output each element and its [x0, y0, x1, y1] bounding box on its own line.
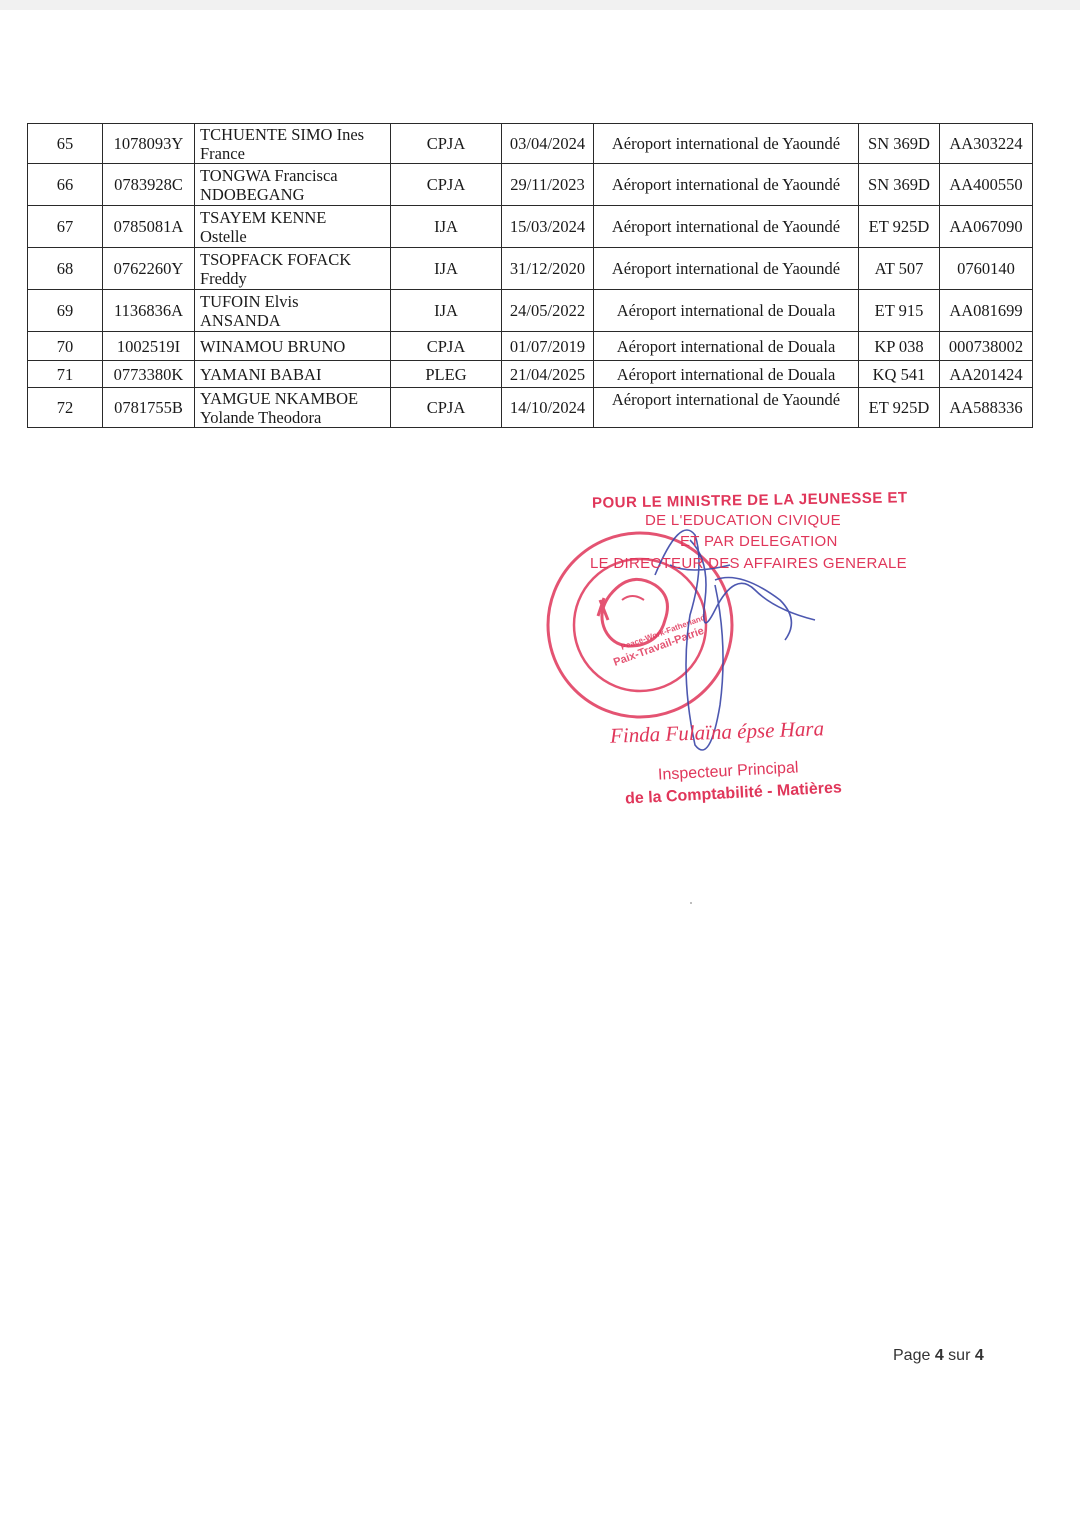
- name-cell: TONGWA FranciscaNDOBEGANG: [195, 164, 391, 206]
- grade-cell: CPJA: [391, 124, 502, 164]
- name-line-1: WINAMOU BRUNO: [200, 337, 385, 356]
- airport-cell: Aéroport international de Yaoundé: [594, 206, 859, 248]
- table-row: 670785081ATSAYEM KENNEOstelleIJA15/03/20…: [28, 206, 1033, 248]
- name-cell: TUFOIN ElvisANSANDA: [195, 290, 391, 332]
- name-line-2: Ostelle: [200, 227, 385, 246]
- date-cell: 03/04/2024: [502, 124, 594, 164]
- page-current: 4: [935, 1347, 944, 1364]
- table-row: 680762260YTSOPFACK FOFACKFreddyIJA31/12/…: [28, 248, 1033, 290]
- passport-cell: AA303224: [940, 124, 1033, 164]
- row-number: 70: [28, 332, 103, 361]
- date-cell: 14/10/2024: [502, 388, 594, 428]
- page-total: 4: [975, 1347, 984, 1364]
- name-line-2: NDOBEGANG: [200, 185, 385, 204]
- stamp-line-3: ET PAR DELEGATION: [680, 533, 838, 550]
- flight-cell: KQ 541: [859, 361, 940, 388]
- flight-cell: SN 369D: [859, 124, 940, 164]
- name-line-1: TONGWA Francisca: [200, 166, 385, 185]
- matricule-cell: 0785081A: [103, 206, 195, 248]
- date-cell: 01/07/2019: [502, 332, 594, 361]
- flight-cell: AT 507: [859, 248, 940, 290]
- flight-cell: ET 925D: [859, 388, 940, 428]
- name-line-1: YAMANI BABAI: [200, 365, 385, 384]
- matricule-cell: 1078093Y: [103, 124, 195, 164]
- row-number: 72: [28, 388, 103, 428]
- matricule-cell: 0762260Y: [103, 248, 195, 290]
- passport-list-table: 651078093YTCHUENTE SIMO InesFranceCPJA03…: [27, 123, 1033, 428]
- table-row: 660783928CTONGWA FranciscaNDOBEGANGCPJA2…: [28, 164, 1033, 206]
- airport-cell: Aéroport international de Yaoundé: [594, 124, 859, 164]
- row-number: 71: [28, 361, 103, 388]
- row-number: 66: [28, 164, 103, 206]
- name-line-2: France: [200, 144, 385, 163]
- date-cell: 24/05/2022: [502, 290, 594, 332]
- passport-cell: 000738002: [940, 332, 1033, 361]
- matricule-cell: 1136836A: [103, 290, 195, 332]
- name-line-1: TUFOIN Elvis: [200, 292, 385, 311]
- name-cell: YAMANI BABAI: [195, 361, 391, 388]
- date-cell: 31/12/2020: [502, 248, 594, 290]
- row-number: 65: [28, 124, 103, 164]
- official-stamp: Paix-Travail-Patrie Peace-Work-Fatherlan…: [540, 480, 900, 840]
- grade-cell: CPJA: [391, 164, 502, 206]
- grade-cell: CPJA: [391, 388, 502, 428]
- table-row: 720781755BYAMGUE NKAMBOEYolande Theodora…: [28, 388, 1033, 428]
- table-row: 691136836ATUFOIN ElvisANSANDAIJA24/05/20…: [28, 290, 1033, 332]
- passport-cell: AA081699: [940, 290, 1033, 332]
- table-row: 710773380KYAMANI BABAIPLEG21/04/2025Aéro…: [28, 361, 1033, 388]
- row-number: 69: [28, 290, 103, 332]
- matricule-cell: 0783928C: [103, 164, 195, 206]
- airport-cell: Aéroport international de Yaoundé: [594, 248, 859, 290]
- grade-cell: CPJA: [391, 332, 502, 361]
- name-cell: TSAYEM KENNEOstelle: [195, 206, 391, 248]
- row-number: 67: [28, 206, 103, 248]
- passport-cell: AA588336: [940, 388, 1033, 428]
- airport-cell: Aéroport international de Douala: [594, 332, 859, 361]
- row-number: 68: [28, 248, 103, 290]
- grade-cell: PLEG: [391, 361, 502, 388]
- date-cell: 15/03/2024: [502, 206, 594, 248]
- name-line-2: Yolande Theodora: [200, 408, 385, 427]
- page-prefix: Page: [893, 1347, 935, 1364]
- name-line-1: TSAYEM KENNE: [200, 208, 385, 227]
- matricule-cell: 0773380K: [103, 361, 195, 388]
- flight-cell: ET 925D: [859, 206, 940, 248]
- name-line-1: TCHUENTE SIMO Ines: [200, 125, 385, 144]
- name-cell: WINAMOU BRUNO: [195, 332, 391, 361]
- page-mid: sur: [944, 1347, 975, 1364]
- name-cell: TCHUENTE SIMO InesFrance: [195, 124, 391, 164]
- date-cell: 29/11/2023: [502, 164, 594, 206]
- name-line-2: Freddy: [200, 269, 385, 288]
- airport-cell: Aéroport international de Yaoundé: [594, 388, 859, 428]
- airport-cell: Aéroport international de Yaoundé: [594, 164, 859, 206]
- name-line-1: TSOPFACK FOFACK: [200, 250, 385, 269]
- passport-cell: AA201424: [940, 361, 1033, 388]
- name-cell: YAMGUE NKAMBOEYolande Theodora: [195, 388, 391, 428]
- date-cell: 21/04/2025: [502, 361, 594, 388]
- airport-cell: Aéroport international de Douala: [594, 290, 859, 332]
- stamp-line-2: DE L'EDUCATION CIVIQUE: [645, 512, 841, 529]
- table-row: 651078093YTCHUENTE SIMO InesFranceCPJA03…: [28, 124, 1033, 164]
- page-number: Page 4 sur 4: [893, 1347, 984, 1365]
- matricule-cell: 0781755B: [103, 388, 195, 428]
- grade-cell: IJA: [391, 290, 502, 332]
- table-row: 701002519IWINAMOU BRUNOCPJA01/07/2019Aér…: [28, 332, 1033, 361]
- passport-cell: AA400550: [940, 164, 1033, 206]
- passport-cell: AA067090: [940, 206, 1033, 248]
- name-line-1: YAMGUE NKAMBOE: [200, 389, 385, 408]
- flight-cell: KP 038: [859, 332, 940, 361]
- matricule-cell: 1002519I: [103, 332, 195, 361]
- airport-cell: Aéroport international de Douala: [594, 361, 859, 388]
- flight-cell: SN 369D: [859, 164, 940, 206]
- name-cell: TSOPFACK FOFACKFreddy: [195, 248, 391, 290]
- grade-cell: IJA: [391, 248, 502, 290]
- stamp-line-4: LE DIRECTEUR DES AFFAIRES GENERALE: [590, 555, 907, 572]
- passport-cell: 0760140: [940, 248, 1033, 290]
- flight-cell: ET 915: [859, 290, 940, 332]
- top-band: [0, 0, 1080, 10]
- grade-cell: IJA: [391, 206, 502, 248]
- name-line-2: ANSANDA: [200, 311, 385, 330]
- speck: [690, 902, 692, 904]
